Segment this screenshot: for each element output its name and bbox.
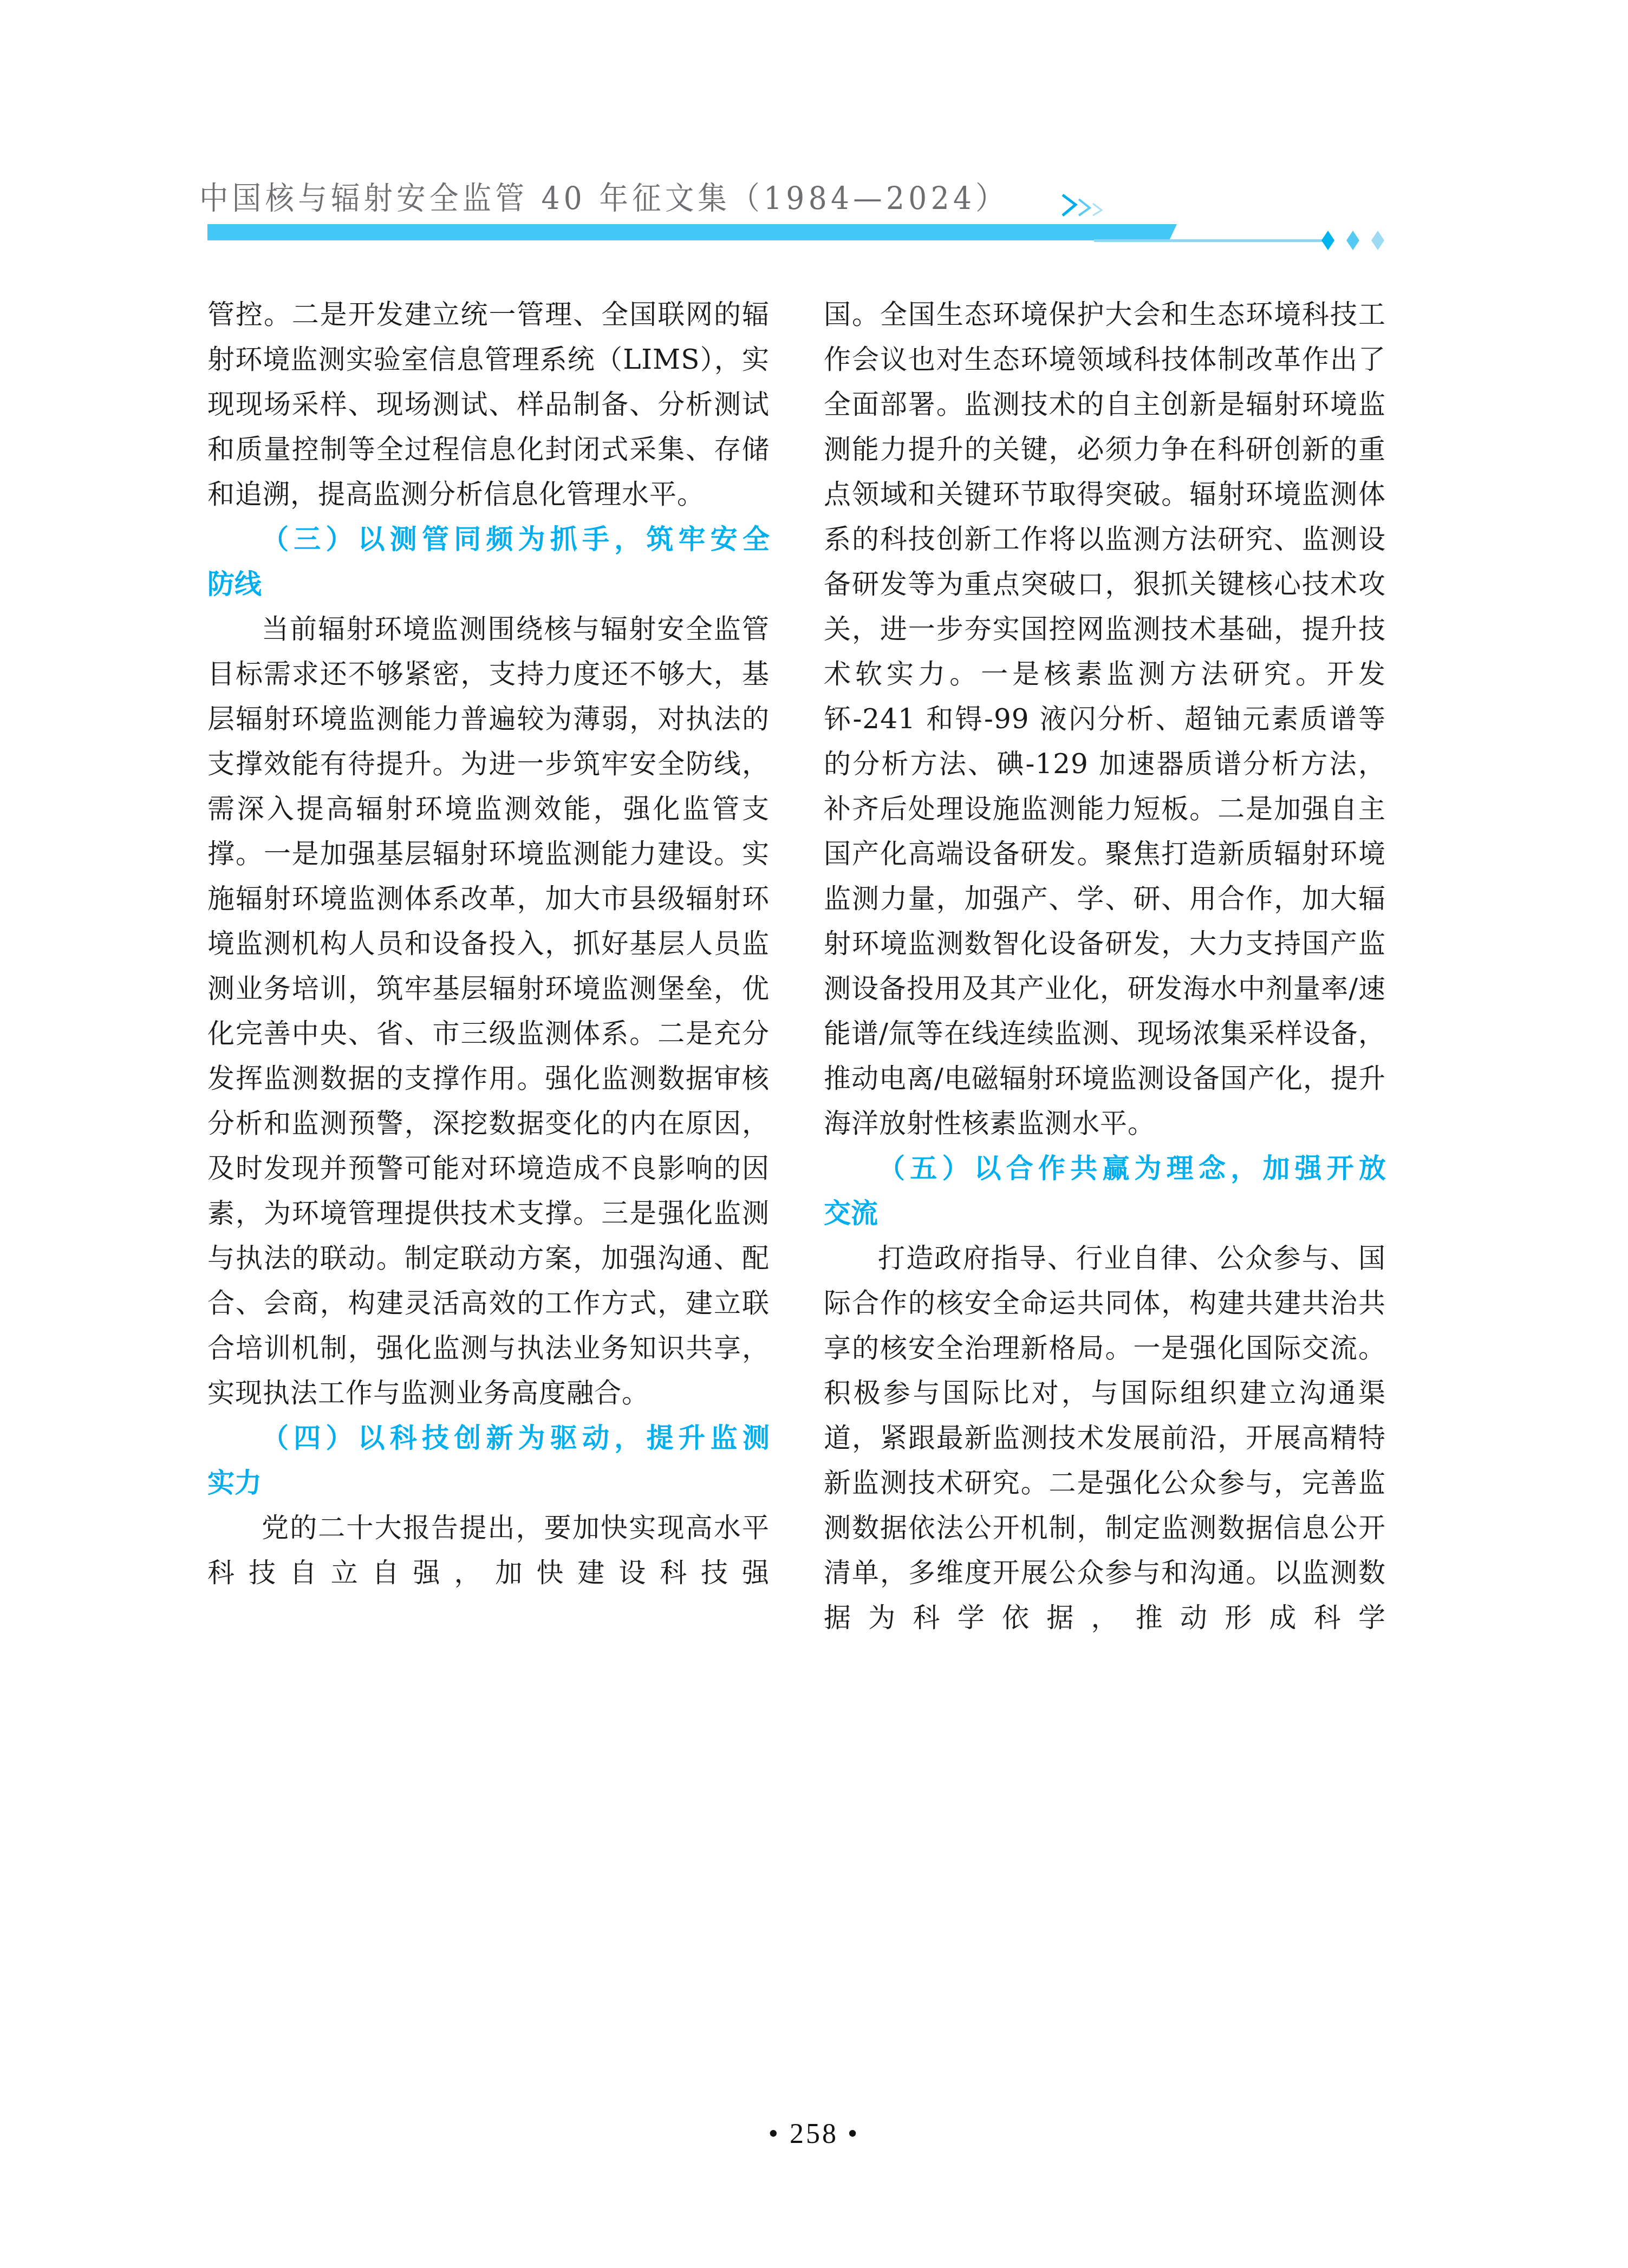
header-accent-line: [1094, 239, 1332, 242]
right-column: 国。全国生态环境保护大会和生态环境科技工作会议也对生态环境领域科技体制改革作出了…: [824, 292, 1386, 1640]
body-paragraph: 国。全国生态环境保护大会和生态环境科技工作会议也对生态环境领域科技体制改革作出了…: [824, 292, 1386, 1146]
page-number: • 258 •: [0, 2118, 1628, 2150]
triple-chevron-icon: [1062, 194, 1110, 218]
body-paragraph: 打造政府指导、行业自律、公众参与、国际合作的核安全命运共同体，构建共建共治共享的…: [824, 1236, 1386, 1640]
section-heading-line: （三）以测管同频为抓手，筑牢安全: [207, 517, 770, 562]
section-heading-3: （三）以测管同频为抓手，筑牢安全 防线: [207, 517, 770, 607]
section-heading-5: （五）以合作共赢为理念，加强开放 交流: [824, 1146, 1386, 1236]
section-heading-line: （四）以科技创新为驱动，提升监测: [207, 1416, 770, 1461]
section-heading-4: （四）以科技创新为驱动，提升监测 实力: [207, 1416, 770, 1506]
body-paragraph: 党的二十大报告提出，要加快实现高水平科技自立自强，加快建设科技强: [207, 1506, 770, 1596]
left-column: 管控。二是开发建立统一管理、全国联网的辐射环境监测实验室信息管理系统（LIMS）…: [207, 292, 770, 1596]
header-accent-bar: [207, 224, 1177, 240]
body-paragraph: 当前辐射环境监测围绕核与辐射安全监管目标需求还不够紧密，支持力度还不够大，基层辐…: [207, 607, 770, 1416]
section-heading-line: 防线: [207, 568, 262, 600]
body-paragraph: 管控。二是开发建立统一管理、全国联网的辐射环境监测实验室信息管理系统（LIMS）…: [207, 292, 770, 517]
running-header-title: 中国核与辐射安全监管 40 年征文集（1984—2024）: [199, 177, 1008, 220]
document-page: 中国核与辐射安全监管 40 年征文集（1984—2024） 管控。二是开发建立统…: [0, 0, 1628, 2268]
section-heading-line: 实力: [207, 1467, 262, 1499]
diamond-ornament-icon: [1321, 231, 1397, 250]
section-heading-line: 交流: [824, 1198, 878, 1229]
section-heading-line: （五）以合作共赢为理念，加强开放: [824, 1146, 1386, 1191]
